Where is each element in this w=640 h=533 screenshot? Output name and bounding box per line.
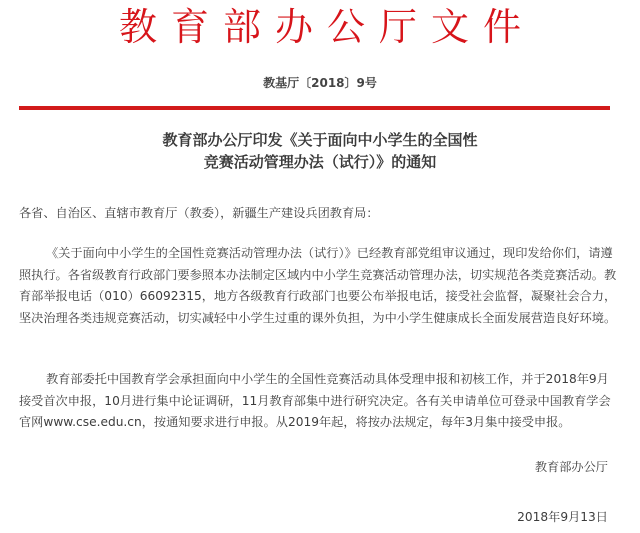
- document-masthead: 教育部办公厅文件: [0, 4, 640, 50]
- title-line-1: 教育部办公厅印发《关于面向中小学生的全国性: [0, 129, 640, 151]
- body-paragraph-2: 教育部委托中国教育学会承担面向中小学生的全国性竞赛活动具体受理申报和初核工作，并…: [19, 369, 619, 434]
- body-paragraph-1: 《关于面向中小学生的全国性竞赛活动管理办法（试行）》已经教育部党组审议通过，现印…: [19, 243, 619, 329]
- red-divider: [19, 106, 610, 110]
- title-line-2: 竞赛活动管理办法（试行）》的通知: [0, 151, 640, 173]
- signature: 教育部办公厅: [535, 458, 608, 475]
- issue-date: 2018年9月13日: [517, 508, 608, 525]
- salutation: 各省、自治区、直辖市教育厅（教委），新疆生产建设兵团教育局：: [19, 203, 619, 225]
- document-title: 教育部办公厅印发《关于面向中小学生的全国性 竞赛活动管理办法（试行）》的通知: [0, 129, 640, 173]
- document-number: 教基厅〔2018〕9号: [0, 74, 640, 91]
